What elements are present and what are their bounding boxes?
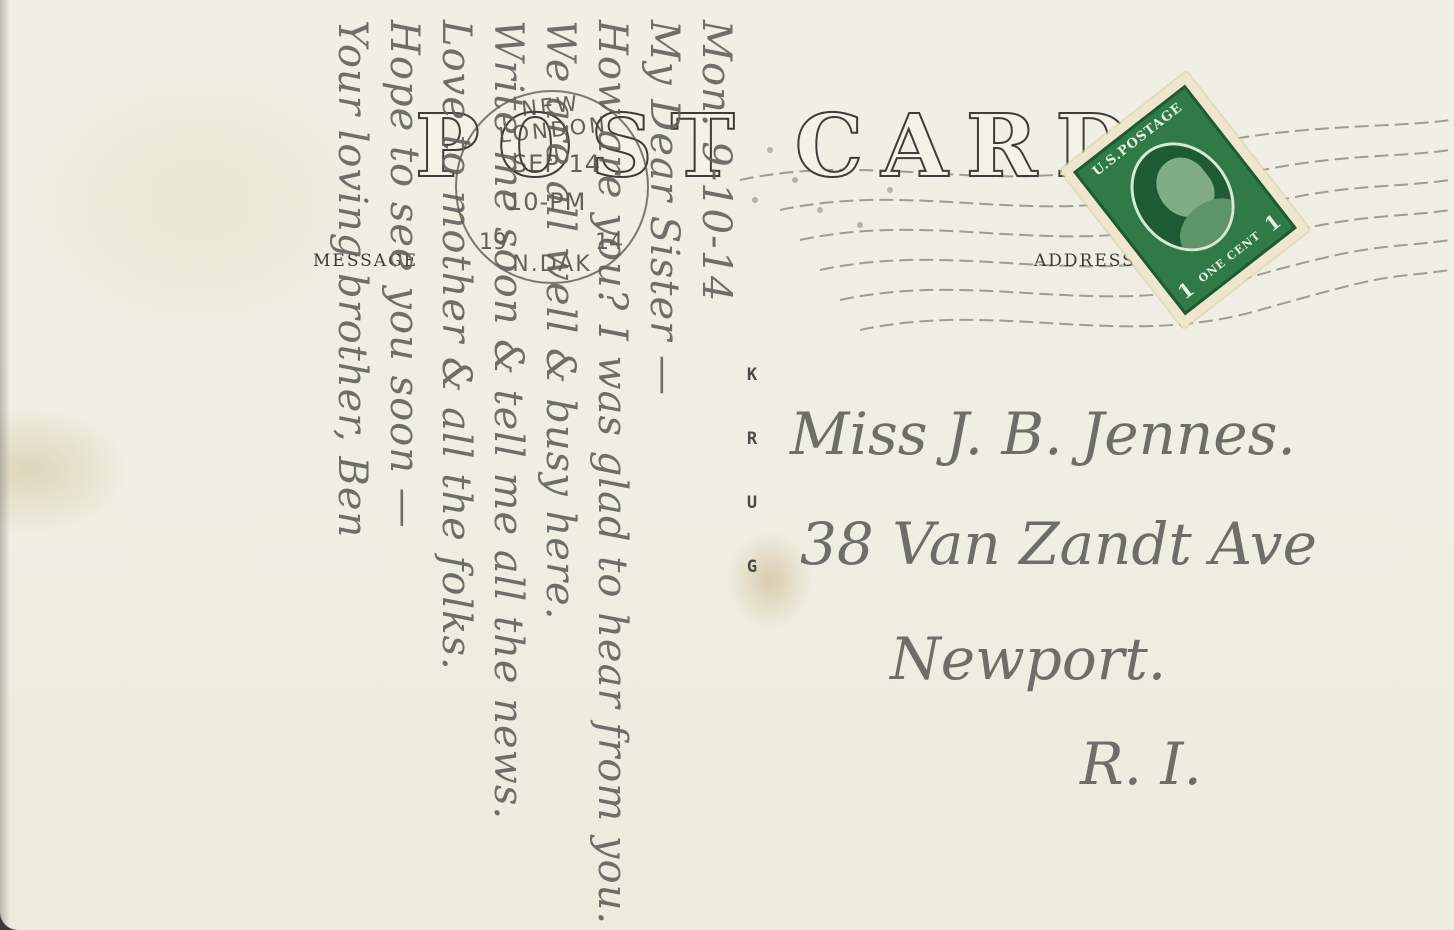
message-area: Mon. 9-10-14 My Dear Sister — How are yo…: [0, 0, 740, 930]
printer-imprint: K R U G: [742, 365, 762, 577]
imprint-letter: R: [747, 429, 757, 449]
address-city: Newport.: [890, 625, 1166, 693]
stamp-numeral-left: 1: [1173, 277, 1199, 304]
message-line: Hope to see you soon —: [378, 20, 430, 920]
message-line: We are all well & busy here.: [534, 20, 586, 920]
address-street: 38 Van Zandt Ave: [800, 510, 1317, 578]
cancellation-lines: [620, 40, 1454, 370]
postage-stamp: U.S.POSTAGE 1 ONE CENT 1: [1050, 60, 1310, 330]
stamp-perforated-edge: U.S.POSTAGE 1 ONE CENT 1: [1060, 72, 1309, 328]
imprint-letter: K: [747, 365, 757, 385]
stamp-face: U.S.POSTAGE 1 ONE CENT 1: [1073, 85, 1297, 316]
message-line: How are you? I was glad to hear from you…: [586, 20, 638, 920]
message-line: Your loving brother, Ben: [326, 20, 378, 920]
imprint-letter: G: [747, 557, 757, 577]
message-line: My Dear Sister —: [638, 20, 690, 920]
imprint-letter: U: [747, 493, 757, 513]
message-line: Love to mother & all the folks.: [430, 20, 482, 920]
postcard-back: POST CARD MESSAGE ADDRESS NEW LONDON SEP…: [0, 0, 1454, 930]
address-state: R. I.: [1080, 730, 1202, 798]
handwritten-message: Mon. 9-10-14 My Dear Sister — How are yo…: [326, 20, 742, 920]
message-line: Mon. 9-10-14: [690, 20, 742, 920]
address-recipient: Miss J. B. Jennes.: [790, 400, 1296, 468]
message-line: Write me soon & tell me all the news.: [482, 20, 534, 920]
stamp-numeral-right: 1: [1260, 209, 1286, 236]
